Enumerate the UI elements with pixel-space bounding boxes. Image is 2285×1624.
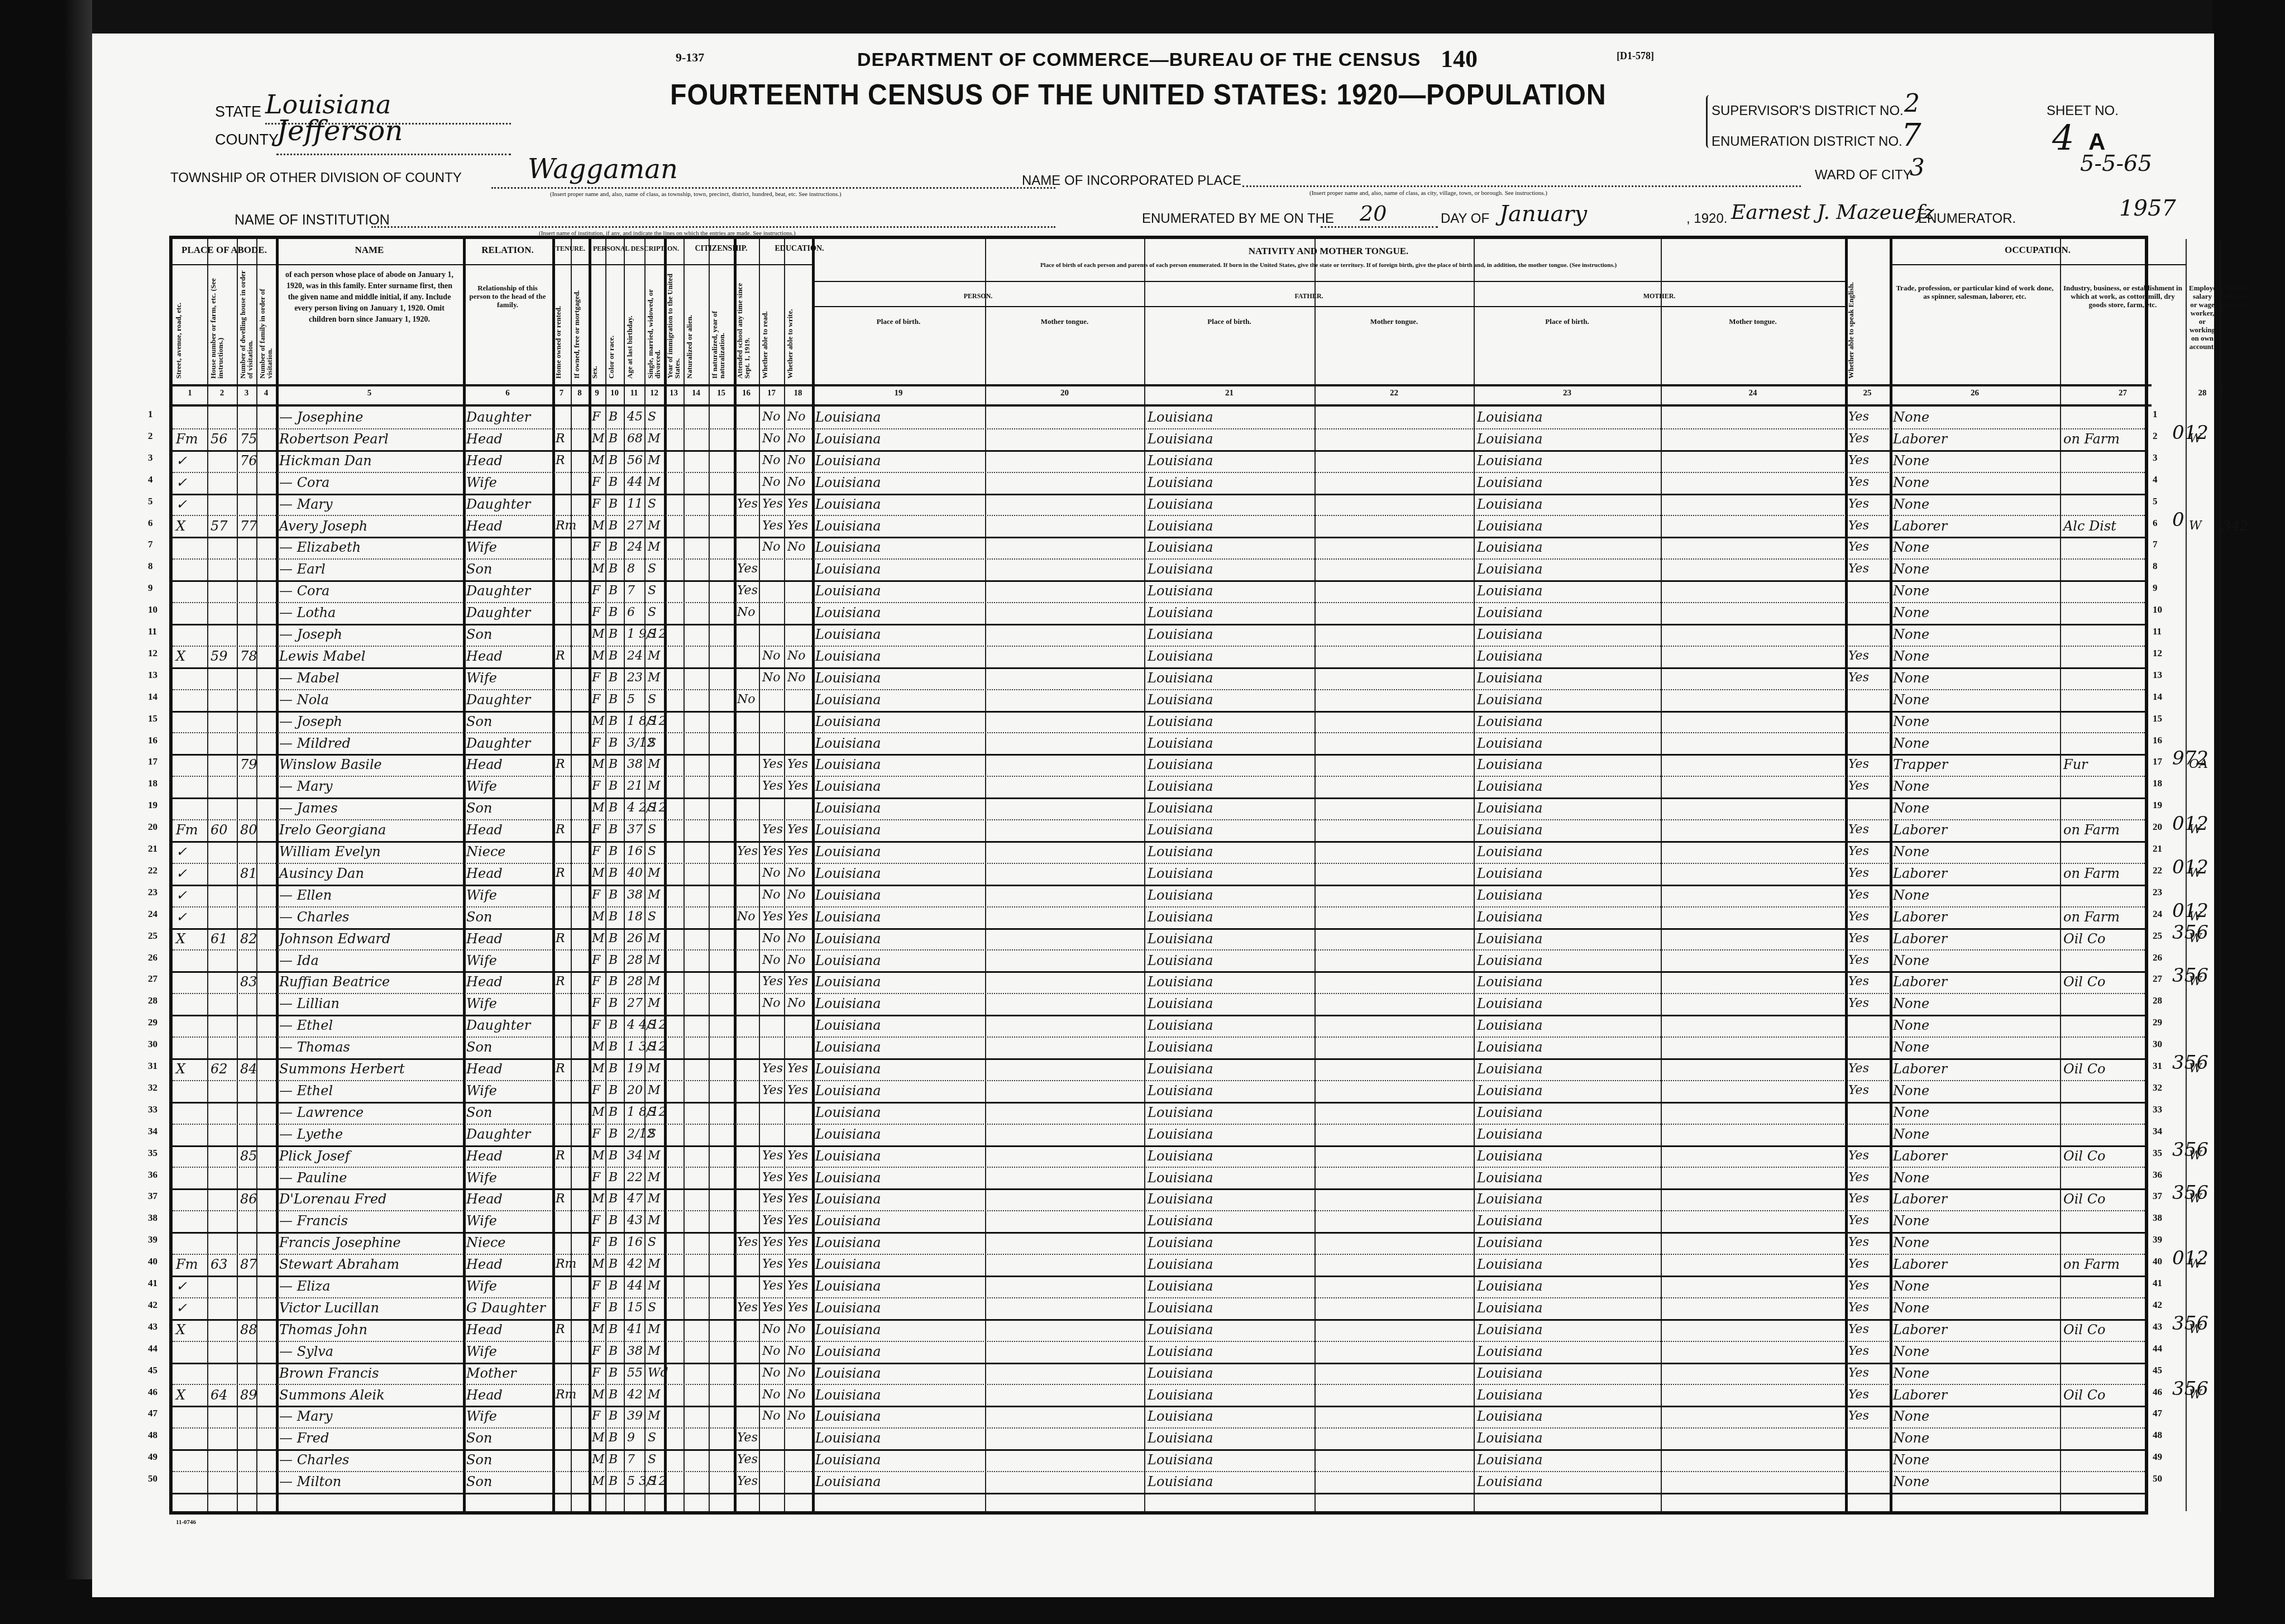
cell-trade: Laborer — [1893, 819, 2059, 840]
cell-name: — Joseph — [279, 624, 462, 645]
cell-c3 — [240, 1341, 255, 1362]
cell-name: Francis Josephine — [279, 1232, 462, 1253]
cell-age: 9 — [627, 1427, 643, 1449]
cell-age: 1 3/12 — [627, 1037, 643, 1058]
table-row: — MaryWifeFB39MNoNoLouisianaLouisianaLou… — [173, 1406, 2145, 1429]
line-number: 34 — [2153, 1126, 2162, 1137]
cell-rd — [762, 1124, 783, 1145]
line-number: 50 — [148, 1473, 157, 1484]
cell-ind — [2063, 841, 2184, 862]
cell-rd — [762, 1449, 783, 1470]
cell-age: 40 — [627, 863, 643, 884]
cell-trade: None — [1893, 1449, 2059, 1470]
cell-c3 — [240, 733, 255, 754]
cell-c4 — [260, 841, 275, 862]
group-mother: MOTHER. — [1474, 292, 1845, 300]
cell-mbp: Louisiana — [1477, 863, 1660, 884]
cell-sch: Yes — [737, 1471, 758, 1492]
cell-name: — Lyethe — [279, 1124, 462, 1145]
cell-c3 — [240, 494, 255, 515]
cell-name: Lewis Mabel — [279, 646, 462, 667]
cell-c3 — [240, 472, 255, 493]
cell-eng: Yes — [1848, 950, 1889, 971]
group-citizenship: CITIZENSHIP. — [683, 245, 759, 254]
cell-mbp: Louisiana — [1477, 428, 1660, 450]
cell-wr: Yes — [787, 1188, 811, 1210]
cell-rd — [762, 689, 783, 710]
cell-age: 5 3/12 — [627, 1471, 643, 1492]
cell-ms: M — [648, 1341, 663, 1362]
cell-c1: ✓ — [176, 906, 206, 928]
cell-rd: Yes — [762, 754, 783, 775]
cell-trade: None — [1893, 602, 2059, 623]
cell-sex: F — [592, 689, 604, 710]
cell-sex: M — [592, 863, 604, 884]
cell-ms: S — [648, 1297, 663, 1319]
cell-name: — Lawrence — [279, 1102, 462, 1123]
cell-eng: Yes — [1848, 494, 1889, 515]
line-number: 29 — [148, 1017, 157, 1028]
cell-ms: M — [648, 863, 663, 884]
cell-own: R — [556, 450, 570, 471]
col-label: Naturalized or alien. — [686, 270, 706, 379]
cell-ms: M — [648, 754, 663, 775]
cell-c2 — [211, 1427, 236, 1449]
cell-wr: No — [787, 993, 811, 1014]
cell-wr — [787, 1471, 811, 1492]
cell-bp: Louisiana — [815, 1449, 984, 1470]
cell-c1 — [176, 733, 206, 754]
cell-age: 28 — [627, 971, 643, 992]
cell-sch — [737, 1145, 758, 1167]
cell-c1: X — [176, 928, 206, 949]
line-number: 47 — [2153, 1408, 2162, 1419]
cell-wr: Yes — [787, 841, 811, 862]
cell-name: — Sylva — [279, 1341, 462, 1362]
col-label: Number of dwelling house in order of vis… — [239, 270, 254, 379]
cell-c2: 62 — [211, 1058, 236, 1080]
cell-sch — [737, 1254, 758, 1275]
cell-trade: None — [1893, 450, 2059, 471]
cell-mbp: Louisiana — [1477, 993, 1660, 1014]
cell-name: Hickman Dan — [279, 450, 462, 471]
cell-wr: No — [787, 407, 811, 428]
col-label: Employer, salary or wage worker, or work… — [2189, 284, 2216, 351]
cell-c2 — [211, 841, 236, 862]
cell-rel: Head — [466, 515, 551, 537]
cell-sex: F — [592, 537, 604, 558]
cell-ind — [2063, 494, 2184, 515]
cell-mbp: Louisiana — [1477, 1297, 1660, 1319]
cell-race: B — [609, 1210, 623, 1231]
group-occupation: OCCUPATION. — [1890, 245, 2186, 256]
cell-ms: M — [648, 1254, 663, 1275]
cell-name: Plick Josef — [279, 1145, 462, 1167]
table-row: — FredSonMB9SYesLouisianaLouisianaLouisi… — [173, 1427, 2145, 1451]
cell-wr: Yes — [787, 819, 811, 840]
line-number: 13 — [148, 670, 157, 681]
cell-name: — Mildred — [279, 733, 462, 754]
cell-ms: M — [648, 928, 663, 949]
cell-rd: Yes — [762, 1167, 783, 1188]
cell-fbp: Louisiana — [1148, 1427, 1313, 1449]
cell-age: 1 8/12 — [627, 1102, 643, 1123]
table-row: — CoraDaughterFB7SYesLouisianaLouisianaL… — [173, 580, 2145, 603]
cell-name: — Charles — [279, 1449, 462, 1470]
cell-trade: Laborer — [1893, 428, 2059, 450]
cell-c2 — [211, 407, 236, 428]
table-row: ✓81Ausincy DanHeadRMB40MNoNoLouisianaLou… — [173, 863, 2145, 886]
cell-name: — Lillian — [279, 993, 462, 1014]
day-line — [1321, 226, 1438, 228]
cell-sex: M — [592, 450, 604, 471]
cell-c1 — [176, 1210, 206, 1231]
cell-c1 — [176, 689, 206, 710]
cell-c2 — [211, 906, 236, 928]
cell-eng — [1848, 733, 1889, 754]
col-label: Year of immigration to the United States… — [666, 270, 681, 379]
cell-age: 22 — [627, 1167, 643, 1188]
cell-c1: ✓ — [176, 885, 206, 906]
cell-bp: Louisiana — [815, 819, 984, 840]
cell-name: — Thomas — [279, 1037, 462, 1058]
cell-ind — [2063, 1406, 2184, 1427]
table-row: ✓William EvelynNieceFB16SYesYesYesLouisi… — [173, 841, 2145, 864]
cell-mbp: Louisiana — [1477, 1254, 1660, 1275]
cell-trade: None — [1893, 624, 2059, 645]
cell-c2 — [211, 1188, 236, 1210]
enumerated-label: ENUMERATED BY ME ON THE — [1142, 211, 1334, 227]
cell-sch — [737, 885, 758, 906]
cell-rel: Son — [466, 797, 551, 819]
cell-bp: Louisiana — [815, 1297, 984, 1319]
cell-fbp: Louisiana — [1148, 580, 1313, 601]
line-number: 36 — [148, 1169, 157, 1181]
cell-sch — [737, 733, 758, 754]
cell-race: B — [609, 450, 623, 471]
cell-race: B — [609, 1232, 623, 1253]
cell-own — [556, 885, 570, 906]
cell-rel: Daughter — [466, 494, 551, 515]
cell-c2: 60 — [211, 819, 236, 840]
line-number: 25 — [2153, 930, 2162, 942]
cell-c2: 59 — [211, 646, 236, 667]
cell-own: R — [556, 646, 570, 667]
cell-fbp: Louisiana — [1148, 1254, 1313, 1275]
cell-age: 3/12 — [627, 733, 643, 754]
cell-ind — [2063, 667, 2184, 689]
cell-own — [556, 494, 570, 515]
table-row: ✓Victor LucillanG DaughterFB15SYesYesYes… — [173, 1297, 2145, 1321]
day-of-label: DAY OF — [1441, 211, 1489, 227]
cell-eng — [1848, 624, 1889, 645]
cell-bp: Louisiana — [815, 885, 984, 906]
cell-bp: Louisiana — [815, 776, 984, 797]
header-rule — [1890, 264, 2186, 265]
cell-c4 — [260, 863, 275, 884]
occupation-code: 0 — [2172, 509, 2184, 531]
line-number: 28 — [148, 995, 157, 1006]
cell-age: 4 4/12 — [627, 1015, 643, 1036]
cell-race: B — [609, 1384, 623, 1406]
col-label: Age at last birthday. — [626, 270, 642, 379]
cell-c2 — [211, 1319, 236, 1340]
ward-value: 3 — [1910, 154, 1925, 181]
line-number: 43 — [148, 1321, 157, 1332]
cell-wr — [787, 624, 811, 645]
cell-own: R — [556, 428, 570, 450]
occupation-code: 356 — [2172, 921, 2208, 944]
line-number: 3 — [148, 452, 153, 464]
cell-name: Brown Francis — [279, 1363, 462, 1384]
cell-sch — [737, 1188, 758, 1210]
cell-age: 38 — [627, 885, 643, 906]
table-row: ✓— CharlesSonMB18SNoYesYesLouisianaLouis… — [173, 906, 2145, 930]
cell-c2 — [211, 1276, 236, 1297]
cell-rel: Head — [466, 450, 551, 471]
cell-race: B — [609, 580, 623, 601]
cell-c2 — [211, 1124, 236, 1145]
cell-race: B — [609, 754, 623, 775]
cell-ms: M — [648, 1319, 663, 1340]
cell-ms: M — [648, 667, 663, 689]
cell-ind — [2063, 1037, 2184, 1058]
cell-bp: Louisiana — [815, 494, 984, 515]
cell-c3: 81 — [240, 863, 255, 884]
cell-name: D'Lorenau Fred — [279, 1188, 462, 1210]
line-number: 15 — [2153, 713, 2162, 724]
cell-rd: No — [762, 472, 783, 493]
cell-fbp: Louisiana — [1148, 1102, 1313, 1123]
cell-ind — [2063, 885, 2184, 906]
cell-ind — [2063, 537, 2184, 558]
cell-trade: None — [1893, 797, 2059, 819]
line-number: 50 — [2153, 1473, 2162, 1484]
line-number: 11 — [2153, 626, 2162, 637]
cell-race: B — [609, 537, 623, 558]
cell-sex: F — [592, 1210, 604, 1231]
cell-c1 — [176, 1102, 206, 1123]
line-number: 17 — [2153, 756, 2162, 767]
cell-trade: None — [1893, 1276, 2059, 1297]
cell-trade: None — [1893, 1297, 2059, 1319]
cell-trade: None — [1893, 558, 2059, 580]
cell-trade: None — [1893, 1015, 2059, 1036]
cell-wr: Yes — [787, 515, 811, 537]
col-number: 12 — [644, 389, 664, 398]
margin-note-1: 5-5-65 — [2080, 151, 2152, 176]
institution-line — [371, 226, 1055, 228]
cell-sch — [737, 1319, 758, 1340]
cell-wr: No — [787, 950, 811, 971]
occupation-code: 012 — [2172, 422, 2208, 444]
cell-c1: Fm — [176, 819, 206, 840]
cell-race: B — [609, 407, 623, 428]
cell-bp: Louisiana — [815, 1319, 984, 1340]
cell-fbp: Louisiana — [1148, 1015, 1313, 1036]
cell-c4 — [260, 1297, 275, 1319]
cell-sex: M — [592, 928, 604, 949]
line-number: 21 — [148, 843, 157, 854]
cell-rd: Yes — [762, 1058, 783, 1080]
line-number: 28 — [2153, 995, 2162, 1006]
cell-name: William Evelyn — [279, 841, 462, 862]
cell-sex: F — [592, 580, 604, 601]
table-row: ✓76Hickman DanHeadRMB56MNoNoLouisianaLou… — [173, 450, 2145, 473]
cell-bp: Louisiana — [815, 1210, 984, 1231]
cell-c2 — [211, 1102, 236, 1123]
incorporated-line — [1242, 185, 1801, 187]
cell-race: B — [609, 1471, 623, 1492]
cell-bp: Louisiana — [815, 797, 984, 819]
county-line — [276, 154, 511, 155]
cell-ms: S — [648, 1124, 663, 1145]
cell-rd: Yes — [762, 515, 783, 537]
cell-c1 — [176, 797, 206, 819]
cell-mbp: Louisiana — [1477, 971, 1660, 992]
col-label: Place of birth. — [1148, 317, 1311, 326]
cell-rd — [762, 797, 783, 819]
cell-ms: S — [648, 558, 663, 580]
township-line — [491, 187, 1055, 189]
cell-emp — [2189, 689, 2218, 710]
cell-trade: None — [1893, 1124, 2059, 1145]
cell-c2 — [211, 1080, 236, 1101]
cell-mbp: Louisiana — [1477, 450, 1660, 471]
cell-bp: Louisiana — [815, 1232, 984, 1253]
cell-name: Ausincy Dan — [279, 863, 462, 884]
cell-c4 — [260, 1015, 275, 1036]
cell-fbp: Louisiana — [1148, 841, 1313, 862]
col-label: Color or race. — [608, 270, 622, 379]
cell-c2 — [211, 450, 236, 471]
line-number: 1 — [2153, 409, 2158, 420]
line-number: 20 — [148, 821, 157, 833]
col-number: 29 — [2219, 389, 2227, 398]
cell-sch — [737, 1210, 758, 1231]
department-heading: DEPARTMENT OF COMMERCE—BUREAU OF THE CEN… — [857, 49, 1421, 71]
cell-c4 — [260, 580, 275, 601]
cell-age: 37 — [627, 819, 643, 840]
cell-rd: No — [762, 428, 783, 450]
line-number: 38 — [2153, 1212, 2162, 1224]
cell-c3: 83 — [240, 971, 255, 992]
cell-c3: 82 — [240, 928, 255, 949]
nativity-note: Place of birth of each person and parent… — [820, 261, 1837, 270]
line-number: 31 — [148, 1061, 157, 1072]
line-number: 39 — [148, 1234, 157, 1245]
cell-own — [556, 1037, 570, 1058]
cell-c4 — [260, 646, 275, 667]
cell-rd: Yes — [762, 1210, 783, 1231]
cell-emp — [2189, 537, 2218, 558]
cell-trade: None — [1893, 407, 2059, 428]
cell-c4 — [260, 1102, 275, 1123]
cell-mbp: Louisiana — [1477, 1427, 1660, 1449]
cell-race: B — [609, 1124, 623, 1145]
line-number: 24 — [2153, 909, 2162, 920]
cell-rel: Daughter — [466, 1015, 551, 1036]
cell-race: B — [609, 797, 623, 819]
cell-ms: S — [648, 494, 663, 515]
cell-bp: Louisiana — [815, 407, 984, 428]
cell-rel: Head — [466, 1319, 551, 1340]
col-label: House number or farm, etc. (See instruct… — [209, 270, 235, 379]
cell-mbp: Louisiana — [1477, 1015, 1660, 1036]
cell-fbp: Louisiana — [1148, 602, 1313, 623]
cell-wr: Yes — [787, 1210, 811, 1231]
cell-sex: F — [592, 993, 604, 1014]
cell-sex: M — [592, 1145, 604, 1167]
cell-rel: Head — [466, 1188, 551, 1210]
cell-bp: Louisiana — [815, 971, 984, 992]
cell-wr — [787, 733, 811, 754]
cell-own — [556, 1276, 570, 1297]
cell-bp: Louisiana — [815, 1384, 984, 1406]
cell-c4 — [260, 1167, 275, 1188]
cell-trade: None — [1893, 646, 2059, 667]
cell-eng — [1848, 1427, 1889, 1449]
cell-rd: No — [762, 450, 783, 471]
cell-eng: Yes — [1848, 1080, 1889, 1101]
cell-sch — [737, 537, 758, 558]
table-row: — SylvaWifeFB38MNoNoLouisianaLouisianaLo… — [173, 1341, 2145, 1364]
cell-c1 — [176, 407, 206, 428]
cell-mbp: Louisiana — [1477, 1363, 1660, 1384]
cell-emp — [2189, 1080, 2218, 1101]
cell-age: 26 — [627, 928, 643, 949]
cell-bp: Louisiana — [815, 1427, 984, 1449]
cell-ind: Oil Co — [2063, 971, 2184, 992]
cell-ind — [2063, 407, 2184, 428]
cell-name: — Ida — [279, 950, 462, 971]
cell-race: B — [609, 776, 623, 797]
cell-c4 — [260, 971, 275, 992]
table-row: X88Thomas JohnHeadRMB41MNoNoLouisianaLou… — [173, 1319, 2145, 1342]
cell-name: Johnson Edward — [279, 928, 462, 949]
cell-bp: Louisiana — [815, 950, 984, 971]
cell-ms: M — [648, 428, 663, 450]
cell-c1: ✓ — [176, 494, 206, 515]
cell-own — [556, 1341, 570, 1362]
cell-eng: Yes — [1848, 776, 1889, 797]
cell-c1 — [176, 1232, 206, 1253]
cell-trade: None — [1893, 689, 2059, 710]
col-label: Place of birth. — [815, 317, 982, 326]
cell-emp — [2189, 776, 2218, 797]
cell-mbp: Louisiana — [1477, 754, 1660, 775]
cell-age: 2/12 — [627, 1124, 643, 1145]
cell-c4 — [260, 1406, 275, 1427]
cell-c3 — [240, 407, 255, 428]
cell-c4 — [260, 993, 275, 1014]
occupation-code: 012 — [2172, 856, 2208, 878]
cell-wr — [787, 1427, 811, 1449]
cell-ind: Oil Co — [2063, 1384, 2184, 1406]
cell-race: B — [609, 841, 623, 862]
cell-c1 — [176, 558, 206, 580]
cell-trade: None — [1893, 776, 2059, 797]
cell-wr — [787, 1102, 811, 1123]
cell-c3 — [240, 841, 255, 862]
cell-sch: Yes — [737, 1427, 758, 1449]
cell-wr — [787, 711, 811, 732]
cell-c3 — [240, 1276, 255, 1297]
line-number: 18 — [148, 778, 157, 789]
cell-c3: 80 — [240, 819, 255, 840]
cell-sex: F — [592, 1015, 604, 1036]
col-label: Industry, business, or establishment in … — [2063, 284, 2182, 309]
